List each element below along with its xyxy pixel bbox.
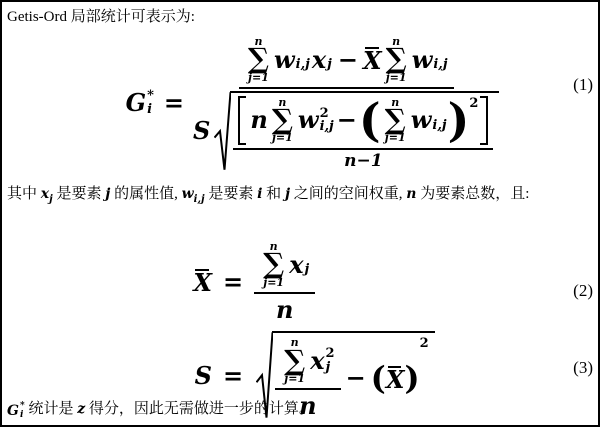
para-text: 其中	[7, 186, 41, 202]
minus-sign: −	[335, 106, 359, 134]
var-x: x	[289, 251, 303, 279]
subscript-ij: i,j	[320, 120, 334, 134]
eq1-numerator: n∑j=1 wi,j xj − X n∑j=1 wi,j	[239, 35, 454, 89]
radicand: n n∑j=1 w2i,j − ( n∑j=1 wi,j ) 2	[230, 91, 499, 171]
summation: n∑j=1	[272, 96, 293, 145]
para-text: 之间的空间权重,	[290, 186, 406, 202]
summation: n∑j=1	[248, 35, 269, 84]
var-w: w	[182, 186, 194, 202]
equation-number-3: (3)	[573, 358, 593, 378]
var-S: S	[195, 362, 212, 390]
superscript-2: 2	[320, 107, 334, 121]
eq1-denominator: S n n∑j=1 w2i,j − (	[193, 89, 499, 171]
equation-number-1: (1)	[573, 75, 593, 95]
var-n: n	[406, 186, 416, 202]
left-bracket	[238, 96, 246, 145]
radical-sign-icon	[214, 91, 231, 171]
var-w: w	[274, 46, 295, 74]
equation-number-2: (2)	[573, 281, 593, 301]
intro-label: Getis-Ord 局部统计可表示为:	[7, 9, 195, 25]
superscript-2: 2	[326, 347, 335, 361]
footer-text-part: 统计是	[25, 401, 78, 417]
para-text: 是要素	[53, 186, 106, 202]
superscript-2: 2	[420, 337, 429, 352]
scripts-of-w: 2i,j	[320, 107, 334, 134]
term-x-j: xj	[289, 251, 309, 279]
left-paren: (	[359, 99, 381, 141]
para-text: 和	[262, 186, 285, 202]
sum-lower-limit: j=1	[284, 372, 305, 385]
scripts-of-x: 2j	[326, 347, 335, 374]
intro-text: Getis-Ord 局部统计可表示为:	[7, 7, 195, 27]
equation-1-body: G * i = n∑j=1 wi,j xj − X n∑j=1 wi,j	[125, 35, 500, 171]
right-paren: )	[404, 364, 419, 393]
sum-lower-limit: j=1	[263, 276, 284, 289]
var-x: x	[41, 186, 49, 202]
var-x: x	[312, 46, 326, 74]
term-x-squared-j: x2j	[310, 347, 334, 375]
sigma-icon: ∑	[248, 48, 269, 70]
x-bar: X	[193, 268, 212, 295]
sigma-icon: ∑	[272, 109, 293, 131]
equals-sign: =	[212, 362, 254, 390]
explanation-paragraph: 其中 xj 是要素 j 的属性值, wi,j 是要素 i 和 j 之间的空间权重…	[7, 184, 529, 206]
x-bar: X	[386, 365, 405, 392]
subscript-j: j	[326, 361, 335, 375]
square-root: n n∑j=1 w2i,j − ( n∑j=1 wi,j ) 2	[214, 91, 499, 171]
document-page: Getis-Ord 局部统计可表示为: G * i = n∑j=1 wi,j x…	[0, 0, 600, 427]
sigma-icon: ∑	[284, 350, 305, 372]
subscript-ij: i,j	[433, 58, 447, 73]
scripts-of-G: * i	[147, 89, 154, 116]
footer-text-part: 得分，因此无需做进一步的计算。	[85, 401, 314, 417]
sigma-icon: ∑	[385, 109, 406, 131]
inner-fraction: n n∑j=1 w2i,j − ( n∑j=1 wi,j ) 2	[233, 96, 493, 171]
term-w-ij: wi,j	[274, 46, 310, 74]
equals-sign: =	[155, 89, 193, 117]
term-x-j: xj	[312, 46, 332, 74]
right-bracket	[480, 96, 488, 145]
eq2-numerator: n∑j=1 xj	[254, 240, 315, 294]
summation: n∑j=1	[385, 96, 406, 145]
superscript-2: 2	[469, 97, 478, 112]
para-text: 的属性值,	[110, 186, 181, 202]
inline-w-ij: wi,j	[182, 186, 205, 202]
equations-2-3-block: X = n∑j=1 xj n S =	[16, 240, 600, 420]
sum-lower-limit: j=1	[272, 131, 293, 144]
var-w: w	[298, 106, 319, 134]
term-w-ij: wi,j	[412, 46, 448, 74]
subscript-i: i	[147, 103, 154, 117]
n-minus-1: n−1	[344, 150, 382, 172]
var-G: G	[126, 89, 147, 117]
equals-sign: =	[212, 268, 254, 296]
summation: n∑j=1	[263, 240, 284, 289]
minus-sign: −	[333, 46, 363, 74]
var-n: n	[276, 294, 293, 324]
footer-text: G*i 统计是 z 得分，因此无需做进一步的计算。	[7, 399, 314, 421]
main-fraction: n∑j=1 wi,j xj − X n∑j=1 wi,j S	[193, 35, 499, 171]
var-n: n	[250, 106, 267, 134]
equation-1: G * i = n∑j=1 wi,j xj − X n∑j=1 wi,j	[14, 35, 600, 171]
right-paren: )	[448, 99, 470, 141]
var-x: x	[310, 347, 324, 375]
subscript-j: j	[305, 263, 310, 278]
var-S: S	[193, 117, 210, 145]
fraction: n∑j=1 xj n	[254, 240, 315, 323]
term-G-star-i: G * i	[126, 89, 154, 117]
sum-lower-limit: j=1	[385, 131, 406, 144]
var-w: w	[412, 46, 433, 74]
x-bar: X	[363, 46, 382, 73]
summation: n∑j=1	[386, 35, 407, 84]
subscript-j: j	[327, 58, 332, 73]
subscript-ij: i,j	[296, 58, 310, 73]
left-paren: (	[371, 364, 386, 393]
term-w-ij: wi,j	[411, 106, 447, 134]
var-z: z	[77, 401, 85, 417]
aligned-equations: X = n∑j=1 xj n S =	[193, 240, 434, 420]
sigma-icon: ∑	[263, 253, 284, 275]
subscript-ij: i,j	[194, 194, 205, 205]
sigma-icon: ∑	[386, 48, 407, 70]
inline-x-j: xj	[41, 186, 53, 202]
eq2-rhs: n∑j=1 xj n	[254, 240, 315, 323]
para-text: 为要素总数，且:	[416, 186, 529, 202]
sum-lower-limit: j=1	[386, 71, 407, 84]
para-text: 是要素	[205, 186, 258, 202]
var-G: G	[7, 402, 19, 421]
minus-sign: −	[341, 364, 371, 392]
eq3-numerator: n∑j=1 x2j	[275, 336, 340, 390]
inner-numerator: n n∑j=1 w2i,j − ( n∑j=1 wi,j ) 2	[233, 96, 493, 150]
var-w: w	[411, 106, 432, 134]
inline-G-star-i: G*i	[7, 402, 25, 421]
term-w-squared-ij: w2i,j	[298, 106, 334, 134]
sum-lower-limit: j=1	[248, 71, 269, 84]
superscript-star: *	[147, 89, 154, 103]
summation: n∑j=1	[284, 336, 305, 385]
subscript-ij: i,j	[432, 119, 446, 134]
